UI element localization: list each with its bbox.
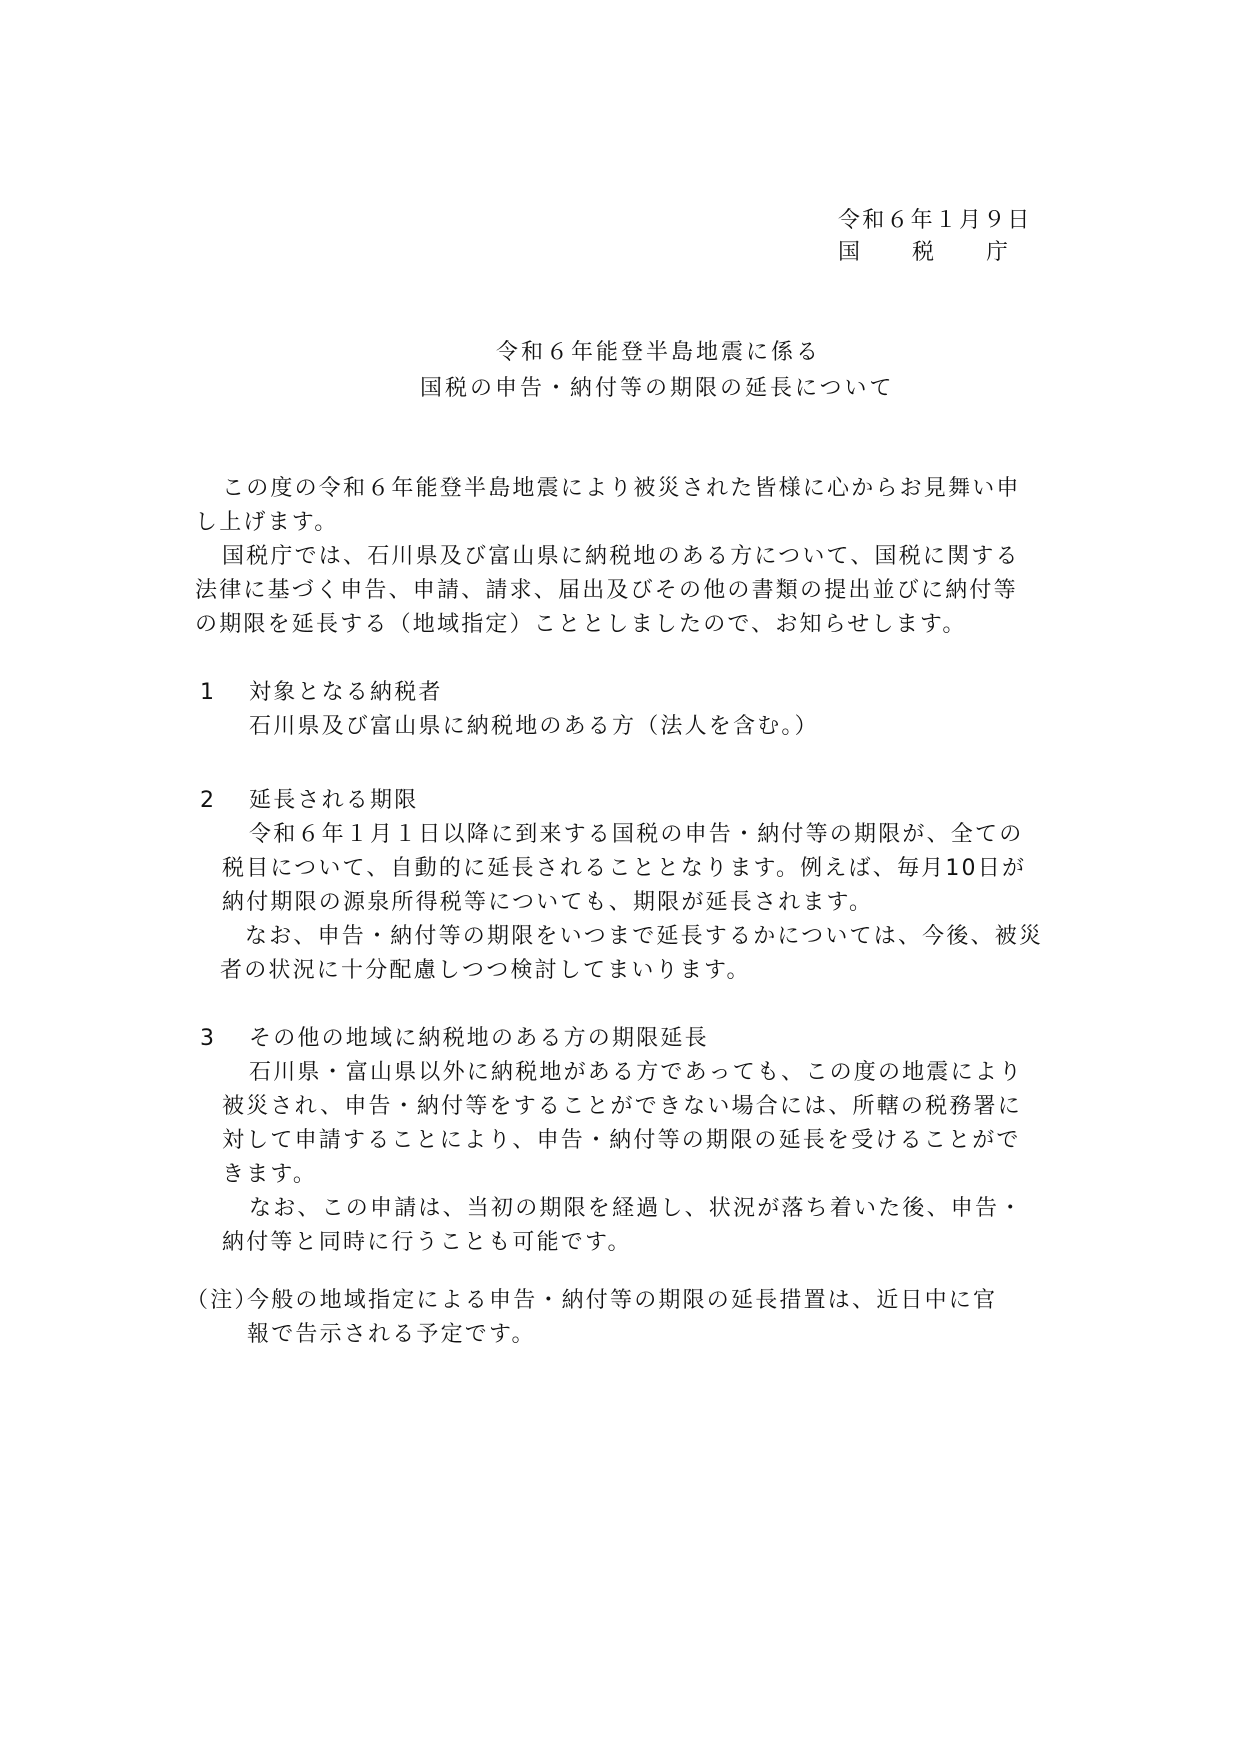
section-line: 者の状況に十分配慮しつつ検討してまいります。 bbox=[220, 956, 751, 986]
document-title-line-1: 令和６年能登半島地震に係る bbox=[496, 338, 821, 368]
section-line: 納付期限の源泉所得税等についても、期限が延長されます。 bbox=[222, 888, 873, 918]
intro-line: この度の令和６年能登半島地震により被災された皆様に心からお見舞い申 bbox=[222, 474, 1021, 504]
section-line: 対して申請することにより、申告・納付等の期限の延長を受けることがで bbox=[222, 1126, 1021, 1156]
section-number: 1 bbox=[200, 678, 216, 708]
section-line: 石川県及び富山県に納税地のある方（法人を含む。） bbox=[249, 712, 819, 742]
note-line: 今般の地域指定による申告・納付等の期限の延長措置は、近日中に官 bbox=[247, 1286, 997, 1316]
section-line: なお、この申請は、当初の期限を経過し、状況が落ち着いた後、申告・ bbox=[249, 1194, 1023, 1224]
section-line: 被災され、申告・納付等をすることができない場合には、所轄の税務署に bbox=[222, 1092, 1022, 1122]
note-line: 報で告示される予定です。 bbox=[247, 1320, 536, 1350]
intro-line: の期限を延長する（地域指定）こととしましたので、お知らせします。 bbox=[195, 610, 967, 640]
section-heading: 対象となる納税者 bbox=[249, 678, 443, 708]
intro-line: し上げます。 bbox=[195, 508, 338, 538]
issuer-name: 国税庁 bbox=[838, 238, 1060, 268]
section-number: 3 bbox=[200, 1024, 216, 1054]
section-line: きます。 bbox=[222, 1160, 317, 1190]
section-line: 石川県・富山県以外に納税地がある方であっても、この度の地震により bbox=[249, 1058, 1023, 1088]
section-heading: その他の地域に納税地のある方の期限延長 bbox=[249, 1024, 709, 1054]
section-line: 税目について、自動的に延長されることとなります。例えば、毎月10日が bbox=[222, 854, 1026, 884]
section-heading: 延長される期限 bbox=[249, 786, 418, 816]
issue-date: 令和６年１月９日 bbox=[838, 206, 1032, 236]
intro-line: 法律に基づく申告、申請、請求、届出及びその他の書類の提出並びに納付等 bbox=[195, 576, 1018, 606]
document-title-line-2: 国税の申告・納付等の期限の延長について bbox=[420, 374, 895, 404]
section-line: なお、申告・納付等の期限をいつまで延長するかについては、今後、被災 bbox=[245, 922, 1043, 952]
intro-line: 国税庁では、石川県及び富山県に納税地のある方について、国税に関する bbox=[222, 542, 1020, 572]
section-line: 納付等と同時に行うことも可能です。 bbox=[222, 1228, 632, 1258]
section-number: 2 bbox=[200, 786, 216, 816]
section-line: 令和６年１月１日以降に到来する国税の申告・納付等の期限が、全ての bbox=[249, 820, 1023, 850]
